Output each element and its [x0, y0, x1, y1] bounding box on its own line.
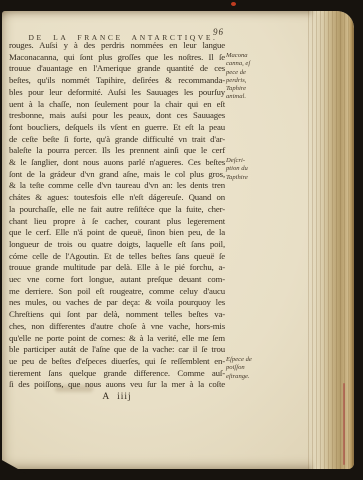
margin-note-line: perdris,	[226, 77, 272, 85]
body-line: longueur de trois ou quatre doigts, laqu…	[9, 239, 225, 251]
body-line: trouue d'auantage en l'Amerique grande q…	[9, 63, 225, 75]
fore-edge-red-mark	[343, 383, 345, 465]
body-line: tresbonne, mais auſsi pour les peaux, do…	[9, 110, 225, 122]
text-block: DE LA FRANCE ANTARCTIQVE. 96 rouges. Auſ…	[9, 27, 225, 402]
red-fleck-mark	[231, 2, 236, 6]
body-line: ſi des poiſſons, que nous auons veu ſur …	[9, 379, 225, 391]
margin-note-line: Taphire	[226, 85, 272, 93]
signature-mark: A iiij	[9, 392, 225, 402]
body-line: chant lieu propre à ſe cacher, courant p…	[9, 216, 225, 228]
margin-note-line: canna, eſ	[226, 60, 272, 68]
margin-note-line: eſtrange.	[226, 373, 272, 381]
margin-note-line: Deſcri-	[226, 157, 272, 165]
body-line: nes mules, ou vaches de par deça: & voil…	[9, 297, 225, 309]
body-line: ble participer autát de l'aſne que de la…	[9, 344, 225, 356]
body-text: rouges. Auſsi y à des perdris nommées en…	[9, 40, 225, 391]
body-line: ue peu de beſtes d'eſpeces diuerſes, qui…	[9, 356, 225, 368]
margin-note-line: ption du	[226, 165, 272, 173]
body-line: font boucliers, deſquels ils vſent en gu…	[9, 122, 225, 134]
body-line: me derriere. Son poil eſt rougeatre, com…	[9, 286, 225, 298]
margin-note-line: pece de	[226, 69, 272, 77]
body-line: beſtes, qu'ils nommét Tapihire, deſirées…	[9, 75, 225, 87]
body-line: qu'elle ne porte point de cornes: & à la…	[9, 333, 225, 345]
body-line: la pourchaſſe, elle ne fait autre reſiſt…	[9, 204, 225, 216]
margin-note-maconacanna: Macona canna, eſ pece de perdris, Taphir…	[226, 52, 272, 102]
margin-note-line: animal.	[226, 93, 272, 101]
body-line: de ceſte beſte ſi forte, qu'à grande dif…	[9, 134, 225, 146]
margin-note-line: Tapihire	[226, 174, 272, 182]
page-number: 96	[213, 27, 224, 37]
running-header-title: DE LA FRANCE ANTARCTIQVE.	[29, 33, 218, 42]
body-line: baleſte la pourra percer. Ils les prenne…	[9, 145, 225, 157]
margin-note-line: poiſſon	[226, 364, 272, 372]
body-line: Chreſtiens qui ſont par delà, nomment te…	[9, 309, 225, 321]
body-line: uec vne corne fort longue, autant preſqu…	[9, 274, 225, 286]
running-header: DE LA FRANCE ANTARCTIQVE. 96	[9, 27, 225, 40]
margin-note-line: Macona	[226, 52, 272, 60]
body-line: bles pour leur deformité. Auſsi les Sauu…	[9, 87, 225, 99]
body-line: & la teſte comme celle d'vn taureau d'vn…	[9, 180, 225, 192]
margin-note-line: Eſpece de	[226, 356, 272, 364]
book-fore-edge	[308, 11, 354, 469]
book-page: DE LA FRANCE ANTARCTIQVE. 96 rouges. Auſ…	[2, 11, 354, 469]
margin-note-description-tapihire: Deſcri- ption du Tapihire	[226, 157, 272, 182]
body-line: tierement ſans quelque grande difference…	[9, 368, 225, 380]
scanned-book-photo: DE LA FRANCE ANTARCTIQVE. 96 rouges. Auſ…	[0, 0, 363, 480]
body-line: que le cerf. Elle n'á point de queuë, ſi…	[9, 227, 225, 239]
body-line: cóme celle de l'Agoutin. Et de telles be…	[9, 251, 225, 263]
page-corner-shadow	[0, 459, 27, 474]
body-line: chátes & agues: toutesfois elle n'eſt dá…	[9, 192, 225, 204]
margin-note-strange-fish: Eſpece de poiſſon eſtrange.	[226, 356, 272, 381]
body-line: ches, non differentes d'autre choſe à vn…	[9, 321, 225, 333]
body-line: uent à la chaſſe, non ſeulement pour la …	[9, 99, 225, 111]
body-line: Maconacanna, qui ſont plus groſſes que l…	[9, 52, 225, 64]
body-line: trouue grande multitude par delà. Elle à…	[9, 262, 225, 274]
body-line: ſont de la grádeur d'vn grand aſne, mais…	[9, 169, 225, 181]
body-line: & le ſanglier, dont nous auons parlé n'a…	[9, 157, 225, 169]
